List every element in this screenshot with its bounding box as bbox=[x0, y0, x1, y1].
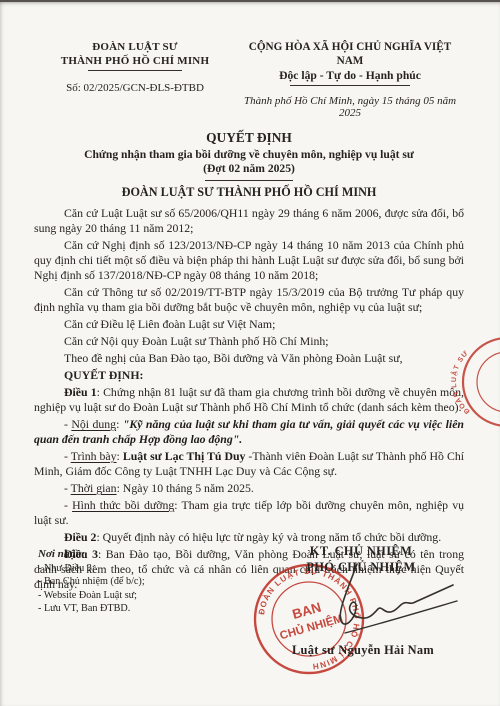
decision-heading: QUYẾT ĐỊNH: bbox=[34, 368, 464, 383]
detail-presenter-line: - Trình bày: Luật sư Lạc Thị Tú Duy -Thà… bbox=[34, 449, 464, 479]
detail-content-line: - Nội dung: "Kỹ năng của luật sư khi tha… bbox=[34, 417, 464, 447]
org-name-line2: THÀNH PHỐ HỒ CHÍ MINH bbox=[34, 54, 236, 68]
deputy-title: PHÓ CHỦ NHIỆM bbox=[272, 560, 450, 576]
detail-presenter-label: Trình bày bbox=[71, 449, 117, 463]
detail-format-label: Hình thức bồi dưỡng bbox=[72, 498, 174, 512]
presenter-name: Luật sư Lạc Thị Tú Duy bbox=[123, 449, 246, 463]
dash: - bbox=[64, 449, 71, 463]
title-underline bbox=[205, 180, 293, 181]
article-2-label: Điều 2 bbox=[64, 530, 96, 544]
dash: - bbox=[64, 481, 71, 495]
detail-time-line: - Thời gian: Ngày 10 tháng 5 năm 2025. bbox=[34, 481, 464, 496]
document-number: Số: 02/2025/GCN-ĐLS-ĐTBD bbox=[34, 82, 236, 94]
recipients-label: Nơi nhận: bbox=[38, 548, 145, 561]
decision-batch: (Đợt 02 năm 2025) bbox=[34, 162, 464, 176]
recipient-item: - Như Điều 3; bbox=[38, 562, 145, 575]
article-2-text: : Quyết định này có hiệu lực từ ngày ký … bbox=[96, 530, 441, 544]
article-1: Điều 1: Chứng nhận 81 luật sư đã tham gi… bbox=[34, 385, 464, 415]
document-header: ĐOÀN LUẬT SƯ THÀNH PHỐ HỒ CHÍ MINH Số: 0… bbox=[34, 40, 464, 119]
preamble-paragraph: Căn cứ Điều lệ Liên đoàn Luật sư Việt Na… bbox=[34, 317, 464, 332]
preamble-paragraph: Căn cứ Nghị định số 123/2013/NĐ-CP ngày … bbox=[34, 238, 464, 283]
detail-content-label: Nội dung bbox=[71, 417, 116, 431]
partial-stamp-inner-ring bbox=[477, 352, 500, 412]
national-motto-block: CỘNG HÒA XÃ HỘI CHỦ NGHĨA VIỆT NAM Độc l… bbox=[236, 40, 464, 119]
org-underline bbox=[88, 70, 182, 71]
scanned-decision-document: ĐOÀN LUẬT SƯ THÀNH PHỐ HỒ CHÍ MINH Số: 0… bbox=[0, 0, 500, 706]
preamble-paragraph: Căn cứ Nội quy Đoàn Luật sư Thành phố Hồ… bbox=[34, 334, 464, 349]
decision-title: QUYẾT ĐỊNH bbox=[34, 130, 464, 146]
time-value: Ngày 10 tháng 5 năm 2025. bbox=[123, 481, 254, 495]
issuer-title: ĐOÀN LUẬT SƯ THÀNH PHỐ HỒ CHÍ MINH bbox=[34, 185, 464, 200]
recipient-item: - Website Đoàn Luật sư; bbox=[38, 589, 145, 602]
dash: - bbox=[64, 498, 72, 512]
detail-format-line: - Hình thức bồi dưỡng: Tham gia trực tiế… bbox=[34, 498, 464, 528]
preamble-paragraph: Căn cứ Luật Luật sư số 65/2006/QH11 ngày… bbox=[34, 206, 464, 236]
article-1-text: : Chứng nhận 81 luật sư đã tham gia chươ… bbox=[34, 385, 464, 414]
document-body: Căn cứ Luật Luật sư số 65/2006/QH11 ngày… bbox=[34, 206, 464, 592]
signer-name: Luật sư Nguyễn Hải Nam bbox=[258, 643, 468, 658]
decision-subject: Chứng nhận tham gia bồi dưỡng về chuyên … bbox=[34, 148, 464, 162]
recipient-item: - Ban Chủ nhiệm (để b/c); bbox=[38, 575, 145, 588]
place-dateline: Thành phố Hồ Chí Minh, ngày 15 tháng 05 … bbox=[236, 95, 464, 119]
acting-title: KT. CHỦ NHIỆM bbox=[272, 544, 450, 560]
national-title: CỘNG HÒA XÃ HỘI CHỦ NGHĨA VIỆT NAM bbox=[236, 40, 464, 68]
colon: : bbox=[116, 417, 123, 431]
title-block: QUYẾT ĐỊNH Chứng nhận tham gia bồi dưỡng… bbox=[34, 130, 464, 200]
signature-title-block: KT. CHỦ NHIỆM PHÓ CHỦ NHIỆM bbox=[272, 544, 450, 575]
document-content: ĐOÀN LUẬT SƯ THÀNH PHỐ HỒ CHÍ MINH Số: 0… bbox=[0, 2, 500, 592]
article-2: Điều 2: Quyết định này có hiệu lực từ ng… bbox=[34, 530, 464, 545]
preamble-paragraph: Theo đề nghị của Ban Đào tạo, Bồi dưỡng … bbox=[34, 351, 464, 366]
article-1-label: Điều 1 bbox=[64, 385, 97, 399]
preamble-paragraph: Căn cứ Thông tư số 02/2019/TT-BTP ngày 1… bbox=[34, 285, 464, 315]
colon: : bbox=[174, 498, 181, 512]
recipient-item: - Lưu VT, Ban ĐTBD. bbox=[38, 602, 145, 615]
org-name-line1: ĐOÀN LUẬT SƯ bbox=[34, 40, 236, 54]
partial-stamp-right-edge: ĐOÀN LUẬT SƯ bbox=[450, 333, 500, 431]
motto-underline bbox=[290, 85, 410, 86]
detail-time-label: Thời gian bbox=[71, 481, 117, 495]
issuing-org-block: ĐOÀN LUẬT SƯ THÀNH PHỐ HỒ CHÍ MINH Số: 0… bbox=[34, 40, 236, 119]
recipients-block: Nơi nhận: - Như Điều 3; - Ban Chủ nhiệm … bbox=[38, 548, 145, 615]
partial-stamp-outer-ring bbox=[463, 338, 500, 426]
national-motto: Độc lập - Tự do - Hạnh phúc bbox=[236, 68, 464, 83]
